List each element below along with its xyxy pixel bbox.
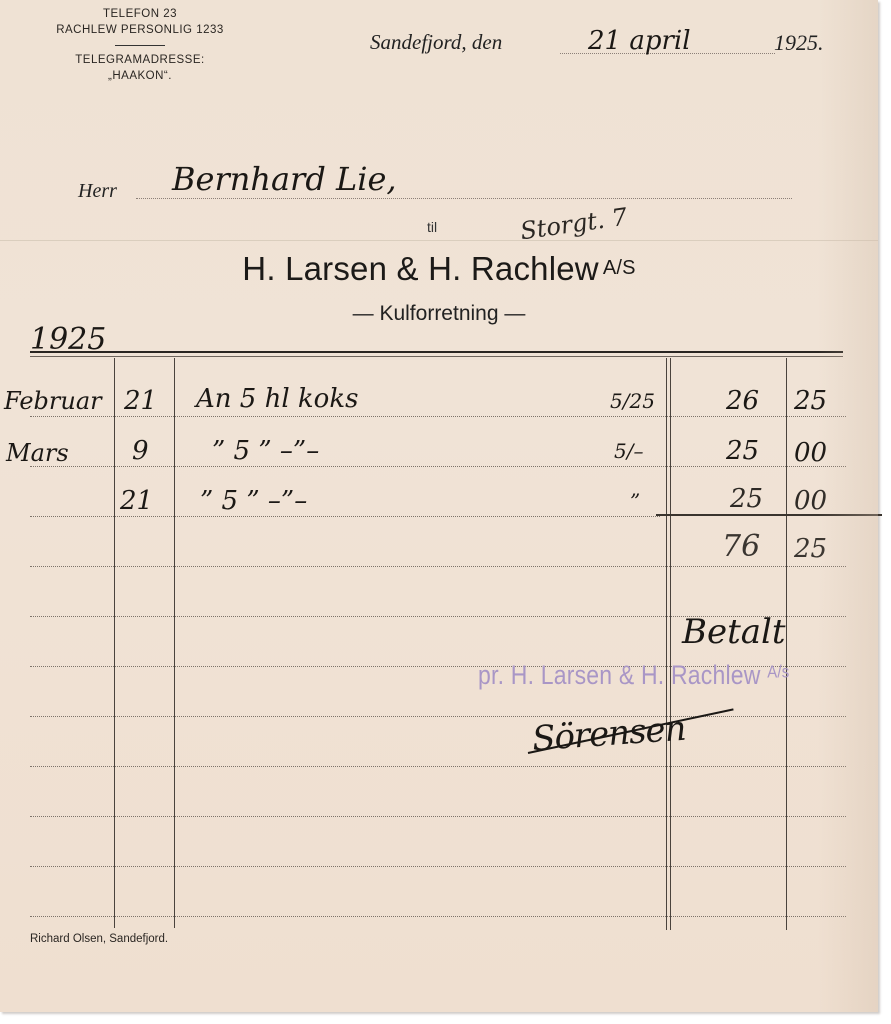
column-divider-desc-kroner [666,358,667,930]
row-line [30,516,660,517]
column-divider-month-day [114,358,115,928]
row-day: 21 [120,486,153,516]
row-kroner: 26 [726,386,759,416]
recipient-street-handwritten: Storgt. 7 [519,203,629,246]
place-date-prefix: Sandefjord, den [370,30,502,55]
row-line [30,716,846,717]
row-description: ” 5 ” –”– [212,436,319,466]
telegram-address: „HAAKON“. [20,68,260,84]
row-description: ” 5 ” –”– [200,486,307,516]
row-line [30,566,846,567]
printer-credit: Richard Olsen, Sandefjord. [30,933,168,945]
recipient-name-handwritten: Bernhard Lie, [172,160,397,198]
row-line [30,916,846,917]
letterhead-divider [115,45,165,46]
row-line [30,466,846,467]
row-line [30,416,846,417]
row-line [30,766,846,767]
invoice-paper: TELEFON 23 RACHLEW PERSONLIG 1233 TELEGR… [0,0,878,1012]
date-handwritten: 21 april [588,26,691,56]
til-label: til [427,219,437,235]
company-suffix: A/S [603,257,636,279]
total-ore: 25 [794,534,827,564]
phone-number: TELEFON 23 [20,6,260,22]
recipient-dotted-line [136,198,792,199]
company-stamp: pr. H. Larsen & H. Rachlew A/s [478,660,789,691]
row-line [30,866,846,867]
paper-fold-crease [0,240,878,241]
column-divider-day-desc [174,358,175,928]
company-name: H. Larsen & H. RachlewA/S [0,250,878,288]
phone-personal: RACHLEW PERSONLIG 1233 [20,22,260,38]
column-divider-desc-kroner-double [670,358,671,930]
row-ore: 25 [794,386,827,416]
date-year: 1925. [774,30,824,56]
stamp-text: pr. H. Larsen & H. Rachlew [478,660,761,690]
row-ore: 00 [794,486,827,516]
row-unit-price: ” [630,486,640,516]
row-month: Mars [6,438,69,468]
row-day: 21 [124,386,157,416]
row-description: An 5 hl koks [196,384,358,414]
company-business: — Kulforretning — [0,302,878,326]
ledger-top-rule-thin [30,356,843,357]
row-ore: 00 [794,438,827,468]
telegram-label: TELEGRAMADRESSE: [20,52,260,68]
total-kroner: 76 [722,532,760,562]
company-name-text: H. Larsen & H. Rachlew [242,250,599,287]
row-kroner: 25 [726,436,759,466]
salutation: Herr [78,180,117,203]
row-kroner: 25 [730,484,763,514]
row-day: 9 [132,436,149,466]
paid-handwritten: Betalt [682,612,786,652]
ledger-top-rule [30,351,843,353]
row-unit-price: 5/– [614,436,643,466]
row-unit-price: 5/25 [610,386,655,416]
row-month: Februar [4,386,102,416]
row-line [30,816,846,817]
letterhead-contact: TELEFON 23 RACHLEW PERSONLIG 1233 TELEGR… [20,6,260,84]
stamp-suffix: A/s [767,662,789,682]
column-divider-kroner-ore [786,358,787,930]
sum-rule [656,514,882,516]
